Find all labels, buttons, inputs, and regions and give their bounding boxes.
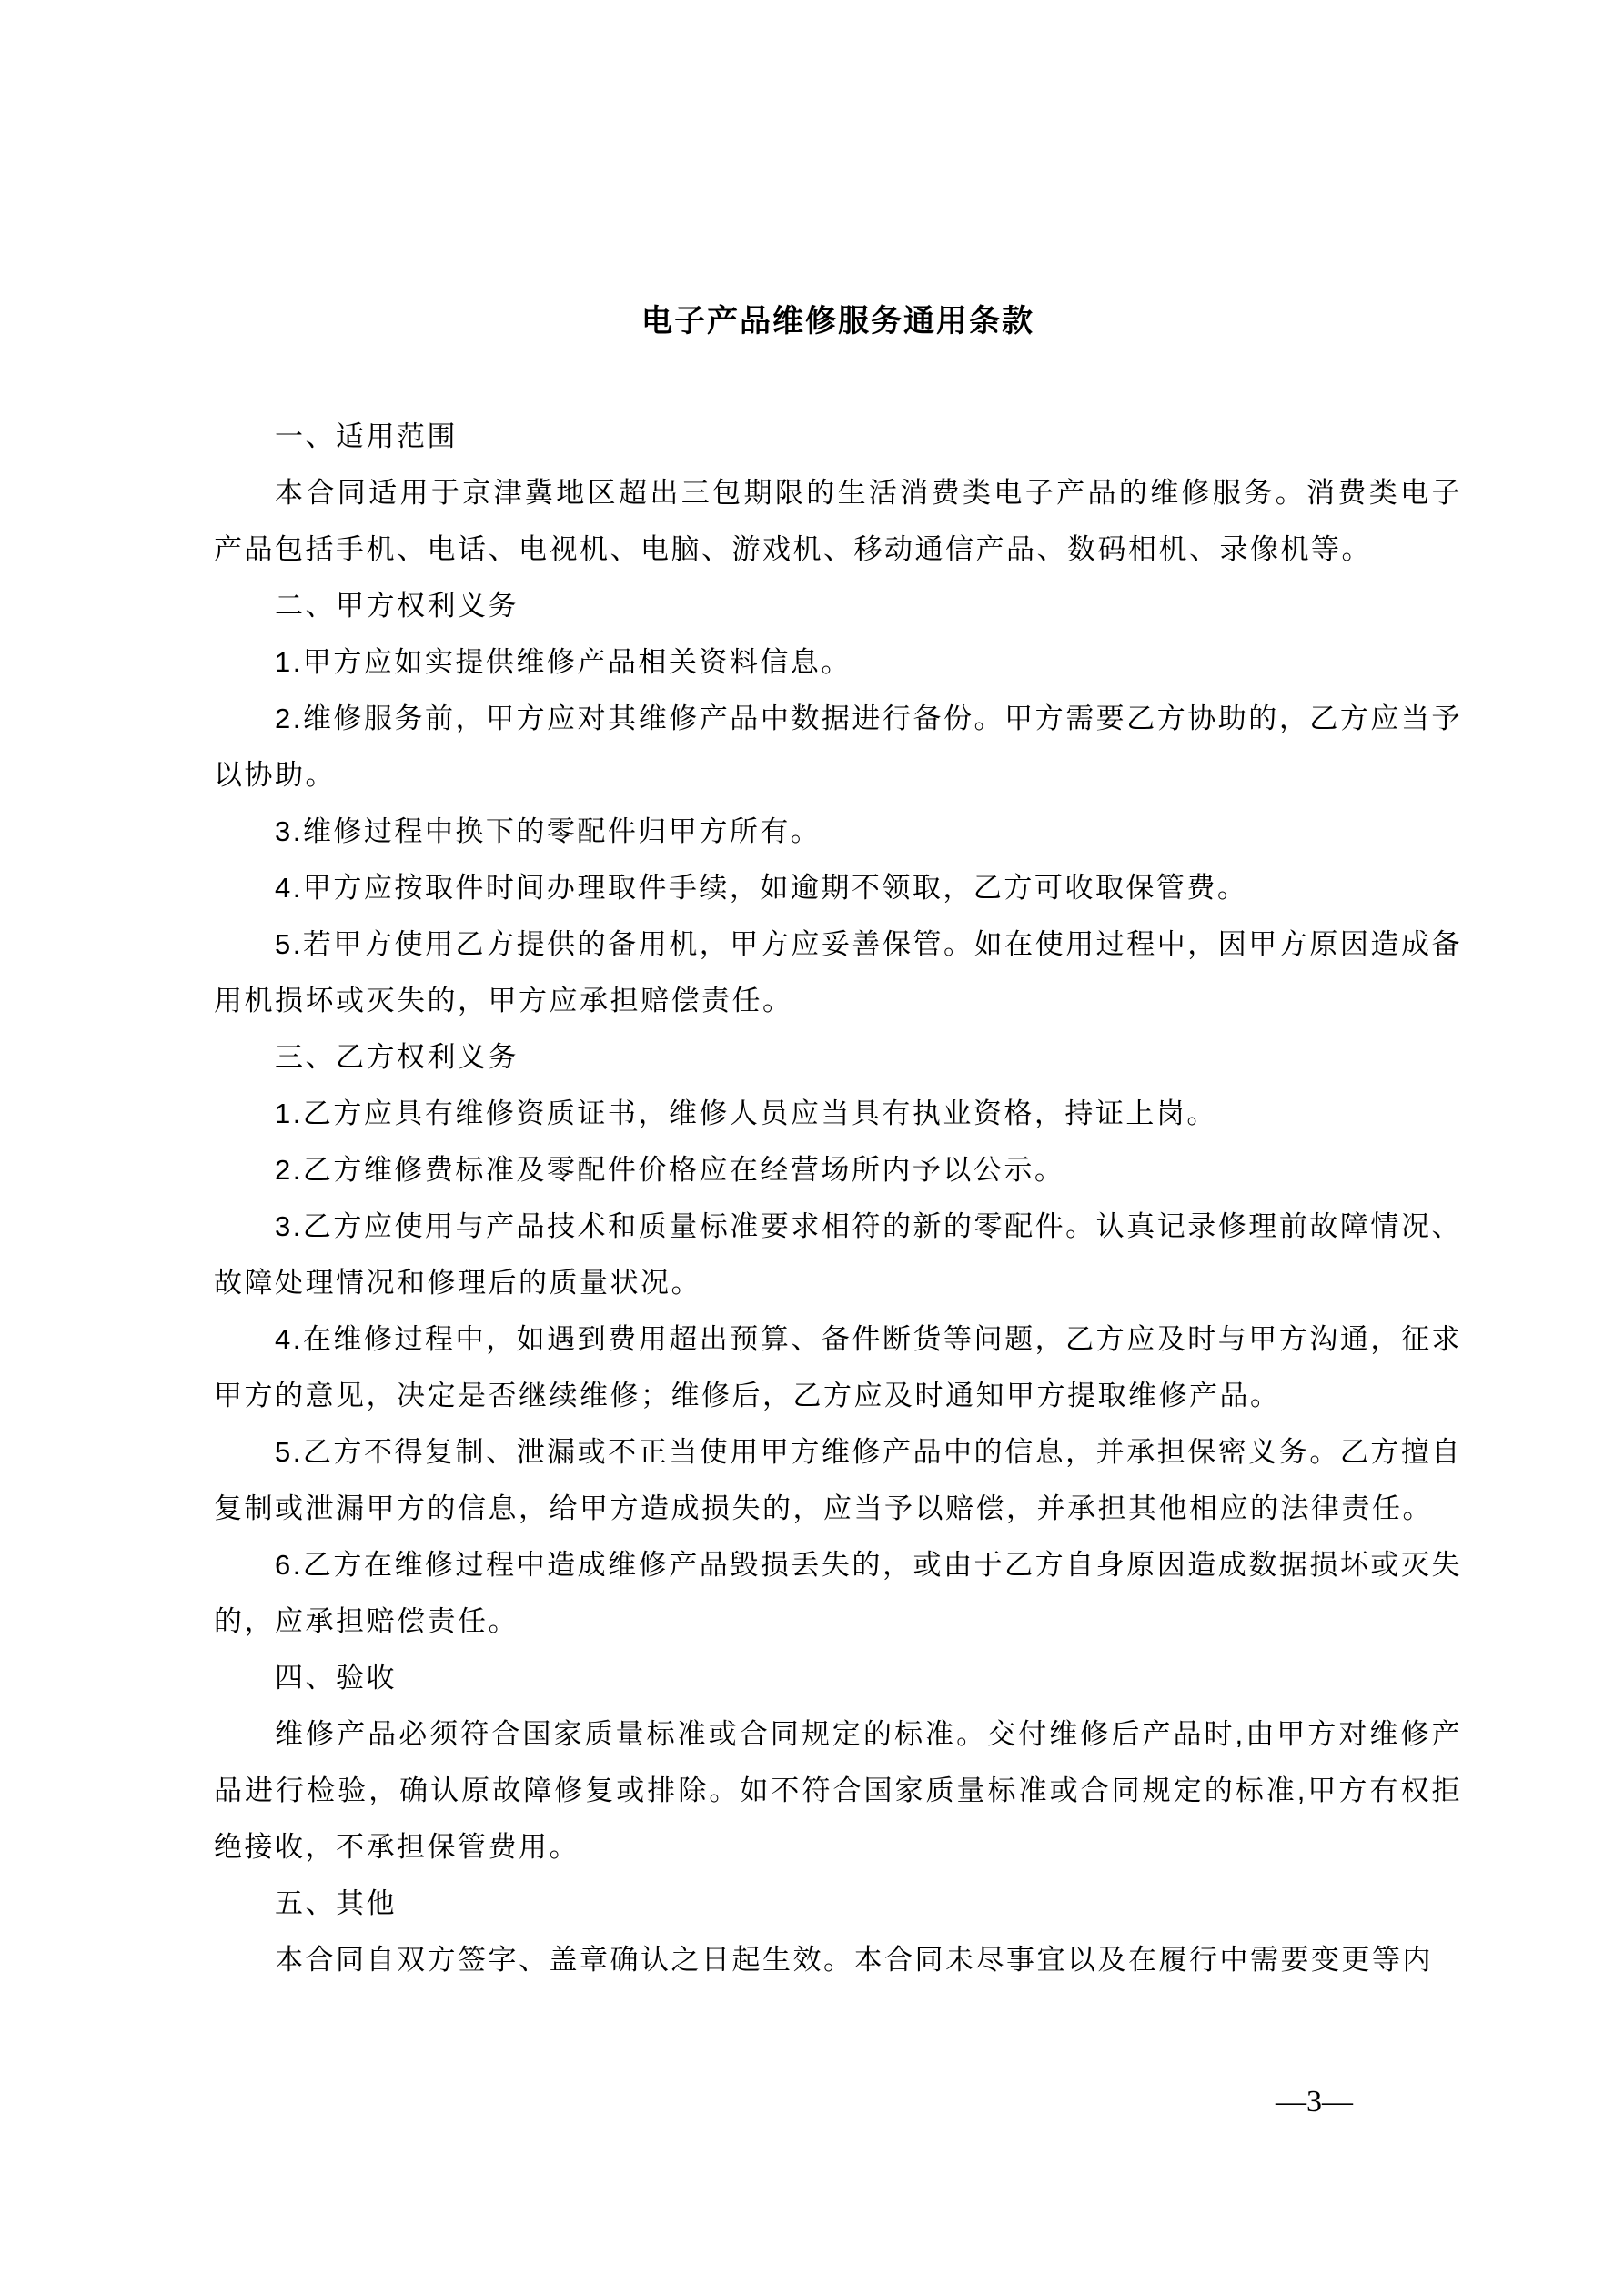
paragraph: 4.在维修过程中，如遇到费用超出预算、备件断货等问题，乙方应及时与甲方沟通，征求… [214, 1311, 1462, 1424]
paragraph: 本合同适用于京津冀地区超出三包期限的生活消费类电子产品的维修服务。消费类电子产品… [214, 465, 1462, 578]
paragraph: 4.甲方应按取件时间办理取件手续，如逾期不领取，乙方可收取保管费。 [214, 860, 1462, 916]
document-page: 电子产品维修服务通用条款 一、适用范围本合同适用于京津冀地区超出三包期限的生活消… [0, 0, 1624, 2296]
document-body: 一、适用范围本合同适用于京津冀地区超出三包期限的生活消费类电子产品的维修服务。消… [214, 409, 1462, 1988]
paragraph: 2.乙方维修费标准及零配件价格应在经营场所内予以公示。 [214, 1142, 1462, 1199]
page-number: —3— [1276, 2084, 1353, 2120]
paragraph: 5.乙方不得复制、泄漏或不正当使用甲方维修产品中的信息，并承担保密义务。乙方擅自… [214, 1424, 1462, 1537]
paragraph: 本合同自双方签字、盖章确认之日起生效。本合同未尽事宜以及在履行中需要变更等内 [214, 1932, 1462, 1988]
paragraph: 1.甲方应如实提供维修产品相关资料信息。 [214, 634, 1462, 691]
paragraph: 一、适用范围 [214, 409, 1462, 465]
paragraph: 维修产品必须符合国家质量标准或合同规定的标准。交付维修后产品时,由甲方对维修产品… [214, 1706, 1462, 1876]
paragraph: 五、其他 [214, 1876, 1462, 1932]
paragraph: 四、验收 [214, 1650, 1462, 1706]
paragraph: 5.若甲方使用乙方提供的备用机，甲方应妥善保管。如在使用过程中，因甲方原因造成备… [214, 916, 1462, 1029]
paragraph: 3.维修过程中换下的零配件归甲方所有。 [214, 804, 1462, 860]
paragraph: 1.乙方应具有维修资质证书，维修人员应当具有执业资格，持证上岗。 [214, 1086, 1462, 1142]
paragraph: 2.维修服务前，甲方应对其维修产品中数据进行备份。甲方需要乙方协助的，乙方应当予… [214, 691, 1462, 804]
paragraph: 3.乙方应使用与产品技术和质量标准要求相符的新的零配件。认真记录修理前故障情况、… [214, 1199, 1462, 1311]
paragraph: 6.乙方在维修过程中造成维修产品毁损丢失的，或由于乙方自身原因造成数据损坏或灭失… [214, 1537, 1462, 1650]
paragraph: 二、甲方权利义务 [214, 578, 1462, 634]
paragraph: 三、乙方权利义务 [214, 1029, 1462, 1086]
document-title: 电子产品维修服务通用条款 [214, 301, 1462, 341]
